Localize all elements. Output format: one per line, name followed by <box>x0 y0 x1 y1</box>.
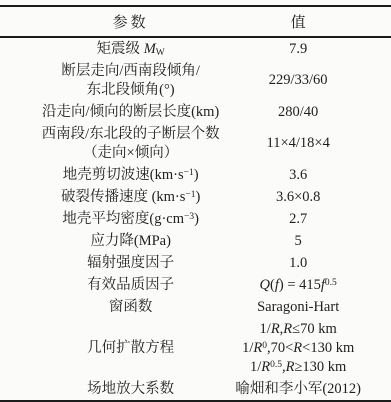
text-segment: R <box>283 321 292 337</box>
text-segment: 3.6 <box>289 167 307 183</box>
value-cell-window-function: Saragoni-Hart <box>235 296 391 318</box>
text-segment: 几何扩散方程 <box>87 340 174 356</box>
table-row-stress-drop: 应力降(MPa)5 <box>0 230 391 252</box>
cell-line: 几何扩散方程 <box>26 339 235 358</box>
table-row-geometric-spreading-equation: 几何扩散方程1/R,R≤70 km1/R0,70<R<130 km1/R0.5,… <box>0 318 391 378</box>
text-segment: ≥130 km <box>294 359 346 375</box>
value-cell-fault-length-along-strike-dip: 280/40 <box>235 101 391 123</box>
text-segment: 沿走向/倾向的断层长度(km) <box>42 104 219 120</box>
cell-line: （走向×倾向） <box>26 144 235 163</box>
text-segment: M <box>144 41 156 57</box>
text-segment: 辐射强度因子 <box>87 255 174 271</box>
cell-line: Q(f) = 415f0.5 <box>235 276 361 295</box>
cell-line: 229/33/60 <box>235 71 361 90</box>
value-cell-fault-strike-dip-angles: 229/33/60 <box>235 60 391 101</box>
param-cell-rupture-propagation-velocity: 破裂传播速度 (km·s−1) <box>0 186 235 208</box>
text-segment: 应力降(MPa) <box>90 233 171 249</box>
param-cell-subfault-counts: 西南段/东北段的子断层个数（走向×倾向） <box>0 123 235 164</box>
text-segment: R <box>253 340 262 356</box>
text-segment: −1 <box>184 168 194 178</box>
cell-line: 喻畑和李小军(2012) <box>235 380 361 399</box>
text-segment: 破裂传播速度 (km·s <box>61 189 185 205</box>
text-segment: Saragoni-Hart <box>257 299 339 315</box>
cell-line: 1/R0,70<R<130 km <box>235 339 361 358</box>
text-segment: 1/ <box>260 321 271 337</box>
table-row-crustal-shear-wave-velocity: 地壳剪切波速(km·s−1)3.6 <box>0 164 391 186</box>
value-cell-geometric-spreading-equation: 1/R,R≤70 km1/R0,70<R<130 km1/R0.5,R≥130 … <box>235 318 391 378</box>
text-segment: ) <box>194 167 199 183</box>
cell-line: 地壳平均密度(g·cm−3) <box>26 210 235 229</box>
param-cell-window-function: 窗函数 <box>0 296 235 318</box>
cell-line: 辐射强度因子 <box>26 254 235 273</box>
text-segment: 2.7 <box>289 211 307 227</box>
cell-line: 2.7 <box>235 210 361 229</box>
text-segment: 5 <box>295 233 302 249</box>
cell-line: 地壳剪切波速(km·s−1) <box>26 166 235 185</box>
param-cell-geometric-spreading-equation: 几何扩散方程 <box>0 318 235 378</box>
value-cell-crustal-average-density: 2.7 <box>235 208 391 230</box>
table-row-radiation-strength-factor: 辐射强度因子1.0 <box>0 252 391 274</box>
table-row-site-amplification-factor: 场地放大系数喻畑和李小军(2012) <box>0 378 391 401</box>
cell-line: 280/40 <box>235 103 361 122</box>
header-row: 参数 值 <box>0 6 391 37</box>
table-row-window-function: 窗函数Saragoni-Hart <box>0 296 391 318</box>
text-segment: −3 <box>184 212 194 222</box>
table-row-rupture-propagation-velocity: 破裂传播速度 (km·s−1)3.6×0.8 <box>0 186 391 208</box>
text-segment: ,70< <box>267 340 293 356</box>
cell-line: Saragoni-Hart <box>235 298 361 317</box>
text-segment: 地壳平均密度(g·cm <box>62 211 184 227</box>
text-segment: R <box>261 359 270 375</box>
text-segment: 229/33/60 <box>269 72 328 88</box>
text-segment: R <box>271 321 280 337</box>
cell-line: 矩震级 MW <box>26 40 235 59</box>
cell-line: 11×4/18×4 <box>235 134 361 153</box>
cell-line: 5 <box>235 232 361 251</box>
cell-line: 1.0 <box>235 254 361 273</box>
text-segment: 3.6×0.8 <box>276 189 320 205</box>
header-cell-value: 值 <box>235 6 391 37</box>
cell-line: 东北段倾角(°) <box>26 81 235 100</box>
param-cell-effective-quality-factor: 有效品质因子 <box>0 274 235 296</box>
text-segment: 西南段/东北段的子断层个数 <box>42 126 220 142</box>
cell-line: 断层走向/西南段倾角/ <box>26 62 235 81</box>
cell-line: 窗函数 <box>26 298 235 317</box>
text-segment: 7.9 <box>289 41 307 57</box>
cell-line: 3.6×0.8 <box>235 188 361 207</box>
table-row-crustal-average-density: 地壳平均密度(g·cm−3)2.7 <box>0 208 391 230</box>
text-segment: 喻畑和李小军(2012) <box>235 381 361 397</box>
text-segment: 11×4/18×4 <box>266 135 329 151</box>
param-cell-crustal-shear-wave-velocity: 地壳剪切波速(km·s−1) <box>0 164 235 186</box>
text-segment: Q <box>260 277 270 293</box>
text-segment: −1 <box>185 190 195 200</box>
text-segment: 0.5 <box>270 360 282 370</box>
cell-line: 沿走向/倾向的断层长度(km) <box>26 103 235 122</box>
table-header: 参数 值 <box>0 6 391 37</box>
text-segment: 280/40 <box>278 104 318 120</box>
cell-line: 应力降(MPa) <box>26 232 235 251</box>
cell-line: 3.6 <box>235 166 361 185</box>
table-row-subfault-counts: 西南段/东北段的子断层个数（走向×倾向）11×4/18×4 <box>0 123 391 164</box>
value-cell-rupture-propagation-velocity: 3.6×0.8 <box>235 186 391 208</box>
text-segment: R <box>293 340 302 356</box>
param-cell-stress-drop: 应力降(MPa) <box>0 230 235 252</box>
text-segment: 矩震级 <box>97 41 144 57</box>
text-segment: 1/ <box>250 359 261 375</box>
cell-line: 有效品质因子 <box>26 276 235 295</box>
text-segment: 地壳剪切波速(km·s <box>63 167 184 183</box>
cell-line: 7.9 <box>235 40 361 59</box>
text-segment: ) <box>194 211 199 227</box>
text-segment: 场地放大系数 <box>87 381 174 397</box>
text-segment: ) <box>196 189 201 205</box>
text-segment: 窗函数 <box>109 299 153 315</box>
value-cell-site-amplification-factor: 喻畑和李小军(2012) <box>235 378 391 401</box>
cell-line: 1/R,R≤70 km <box>235 320 361 339</box>
param-cell-site-amplification-factor: 场地放大系数 <box>0 378 235 401</box>
param-cell-moment-magnitude: 矩震级 MW <box>0 37 235 60</box>
value-cell-subfault-counts: 11×4/18×4 <box>235 123 391 164</box>
param-cell-radiation-strength-factor: 辐射强度因子 <box>0 252 235 274</box>
header-cell-param: 参数 <box>0 6 235 37</box>
paper-table-page: 参数 值 矩震级 MW7.9断层走向/西南段倾角/东北段倾角(°)229/33/… <box>0 0 391 402</box>
param-cell-fault-strike-dip-angles: 断层走向/西南段倾角/东北段倾角(°) <box>0 60 235 101</box>
table-row-moment-magnitude: 矩震级 MW7.9 <box>0 37 391 60</box>
text-segment: <130 km <box>302 340 354 356</box>
text-segment: ≤70 km <box>292 321 337 337</box>
cell-line: 破裂传播速度 (km·s−1) <box>26 188 235 207</box>
text-segment: W <box>156 48 165 58</box>
text-segment: 0.5 <box>325 278 337 288</box>
value-cell-stress-drop: 5 <box>235 230 391 252</box>
value-cell-crustal-shear-wave-velocity: 3.6 <box>235 164 391 186</box>
table-body: 矩震级 MW7.9断层走向/西南段倾角/东北段倾角(°)229/33/60沿走向… <box>0 37 391 401</box>
parameter-table: 参数 值 矩震级 MW7.9断层走向/西南段倾角/东北段倾角(°)229/33/… <box>0 5 391 402</box>
text-segment: ) = 415 <box>279 277 321 293</box>
table-row-fault-strike-dip-angles: 断层走向/西南段倾角/东北段倾角(°)229/33/60 <box>0 60 391 101</box>
value-cell-effective-quality-factor: Q(f) = 415f0.5 <box>235 274 391 296</box>
cell-line: 1/R0.5,R≥130 km <box>235 358 361 377</box>
cell-line: 场地放大系数 <box>26 380 235 399</box>
param-cell-fault-length-along-strike-dip: 沿走向/倾向的断层长度(km) <box>0 101 235 123</box>
table-row-fault-length-along-strike-dip: 沿走向/倾向的断层长度(km)280/40 <box>0 101 391 123</box>
value-cell-moment-magnitude: 7.9 <box>235 37 391 60</box>
text-segment: 1.0 <box>289 255 307 271</box>
text-segment: 1/ <box>242 340 253 356</box>
text-segment: 有效品质因子 <box>87 277 174 293</box>
table-row-effective-quality-factor: 有效品质因子Q(f) = 415f0.5 <box>0 274 391 296</box>
value-cell-radiation-strength-factor: 1.0 <box>235 252 391 274</box>
text-segment: 东北段倾角(°) <box>87 82 175 98</box>
text-segment: （走向×倾向） <box>83 145 178 161</box>
param-cell-crustal-average-density: 地壳平均密度(g·cm−3) <box>0 208 235 230</box>
cell-line: 西南段/东北段的子断层个数 <box>26 125 235 144</box>
text-segment: 断层走向/西南段倾角/ <box>61 63 200 79</box>
